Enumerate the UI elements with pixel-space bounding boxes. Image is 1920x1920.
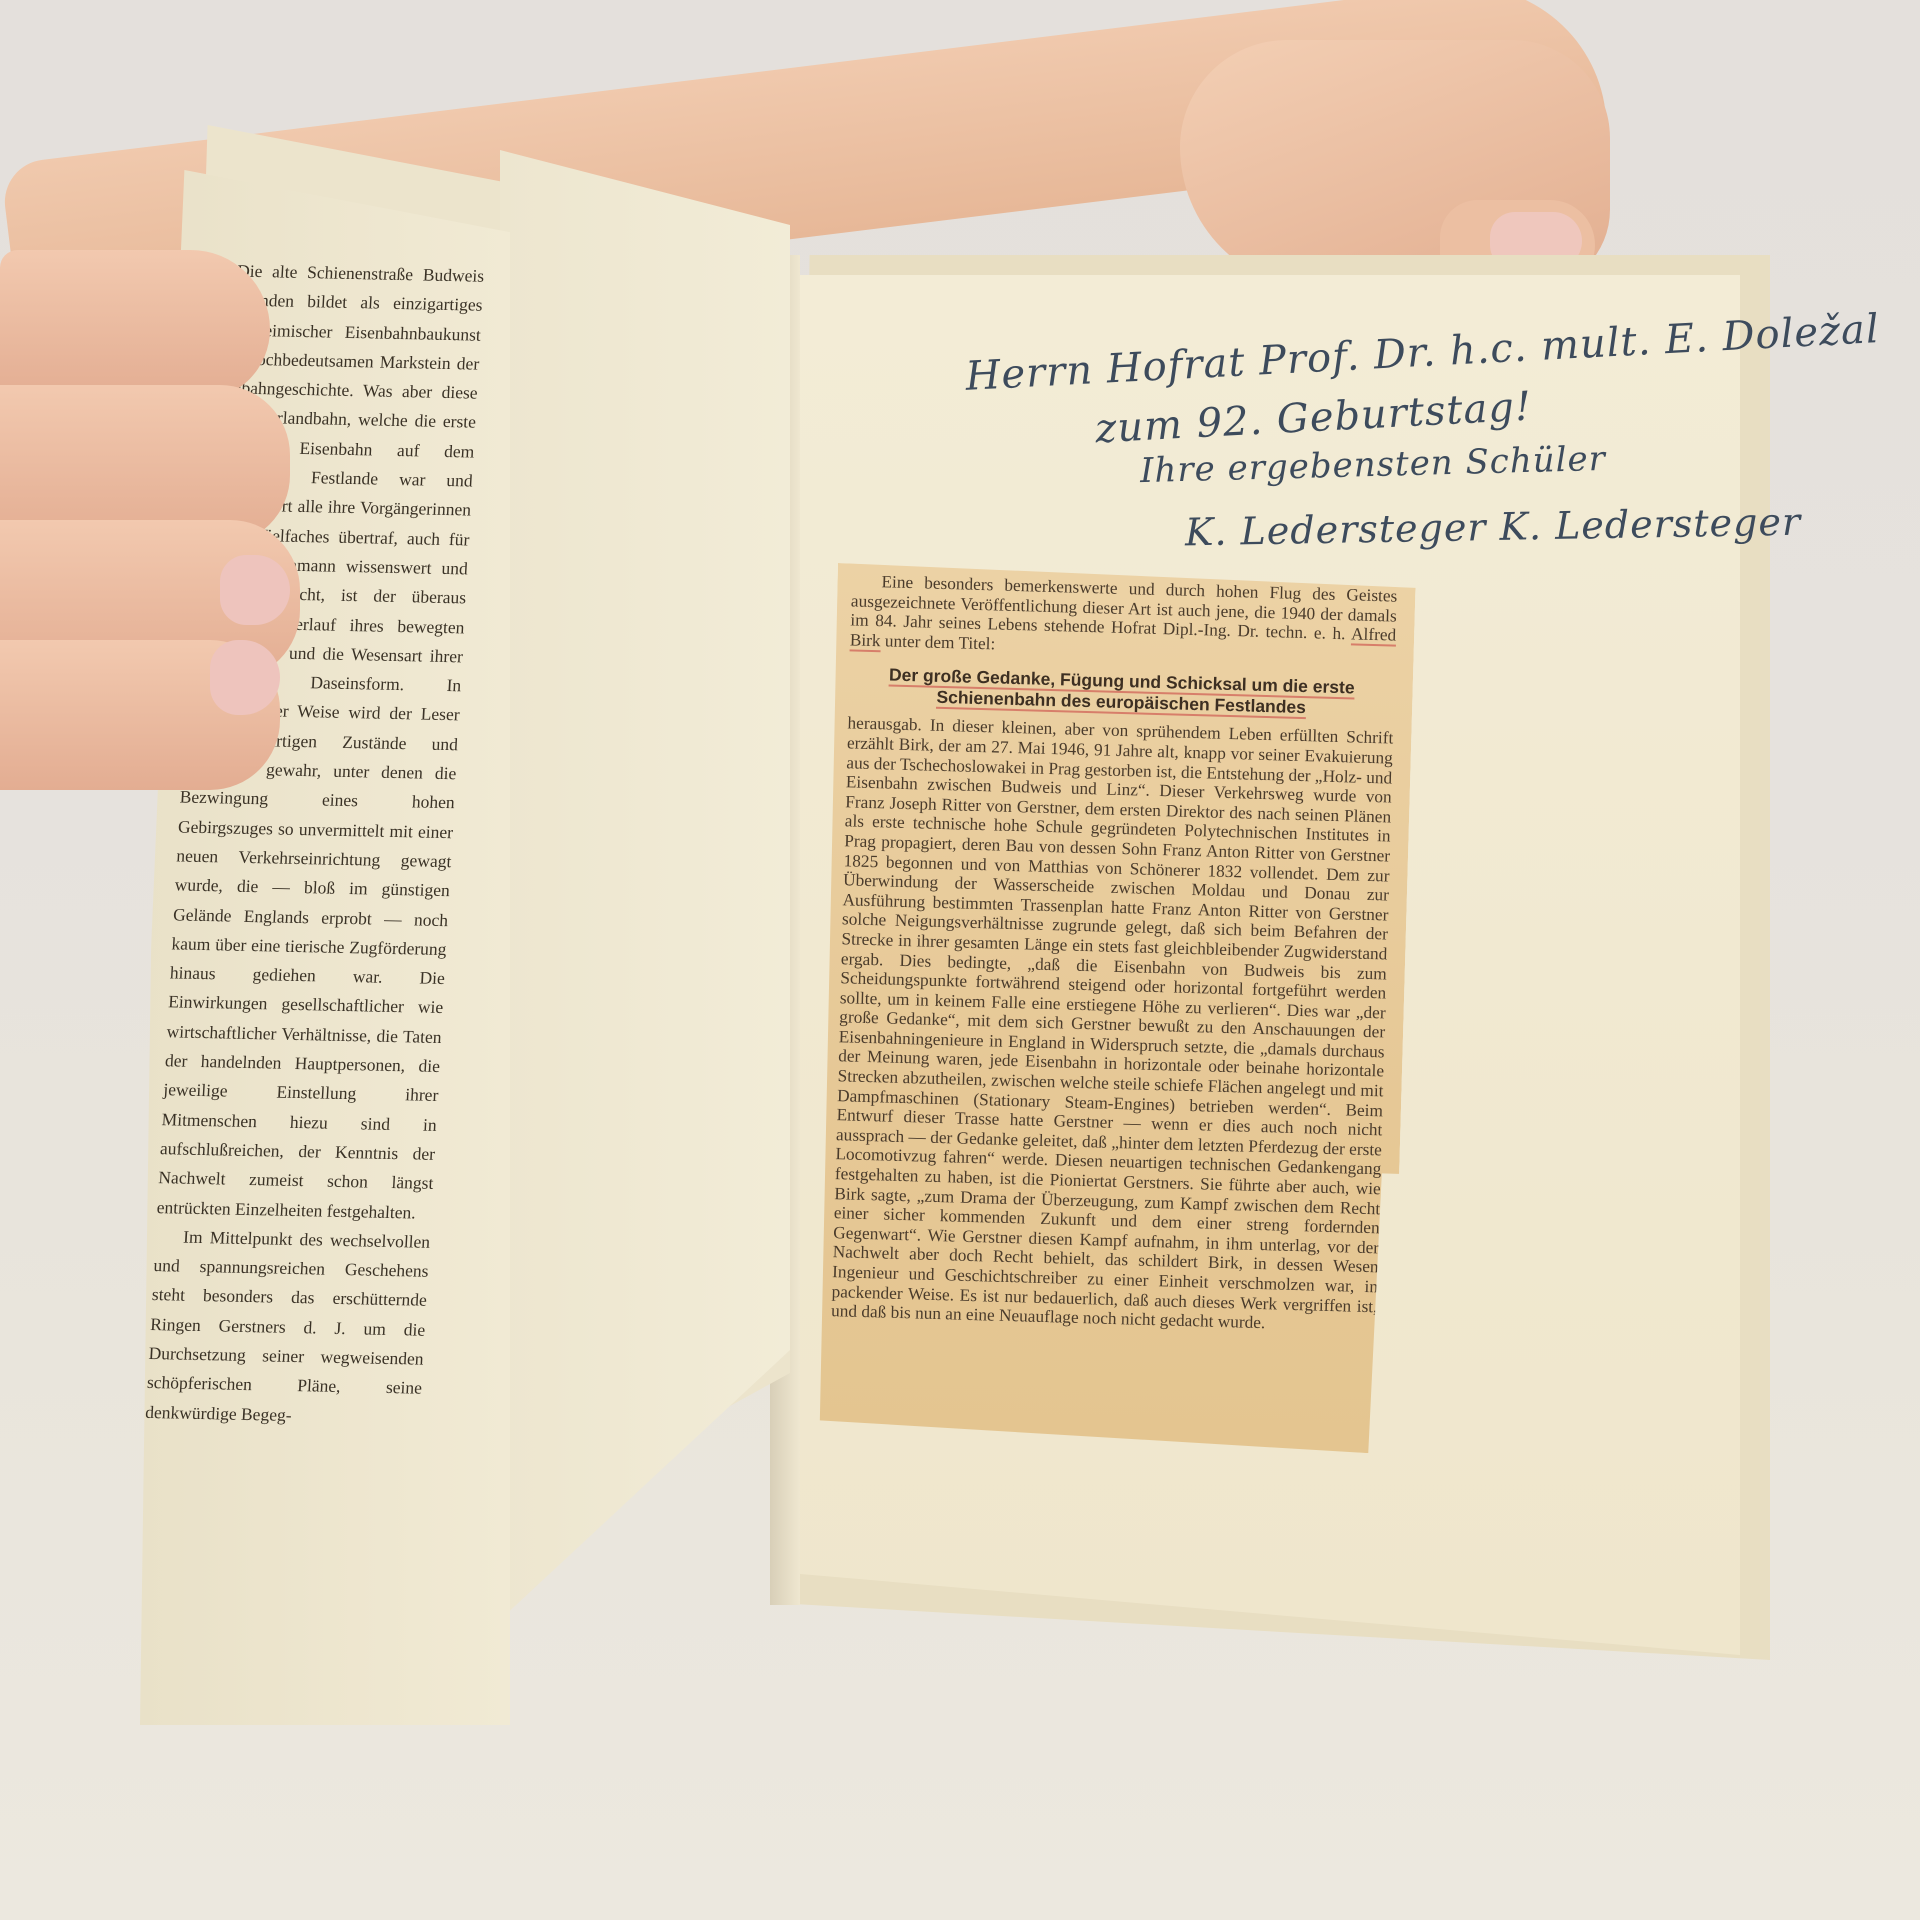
clipping-body: herausgab. In dieser kleinen, aber von s… <box>831 714 1394 1336</box>
finger-index <box>0 250 270 400</box>
clipping-intro: Eine besonders bemerkenswerte und durch … <box>850 571 1398 665</box>
clipping-intro-end: unter dem Titel: <box>885 631 996 653</box>
flap-paragraph-2: Im Mittelpunkt des wechselvollen und spa… <box>145 1222 431 1433</box>
left-endpaper <box>500 150 790 1650</box>
fingernail <box>220 555 290 625</box>
newspaper-clipping: Eine besonders bemerkenswerte und durch … <box>814 563 1416 1454</box>
clipping-title: Der große Gedanke, Fügung und Schicksal … <box>848 664 1395 721</box>
